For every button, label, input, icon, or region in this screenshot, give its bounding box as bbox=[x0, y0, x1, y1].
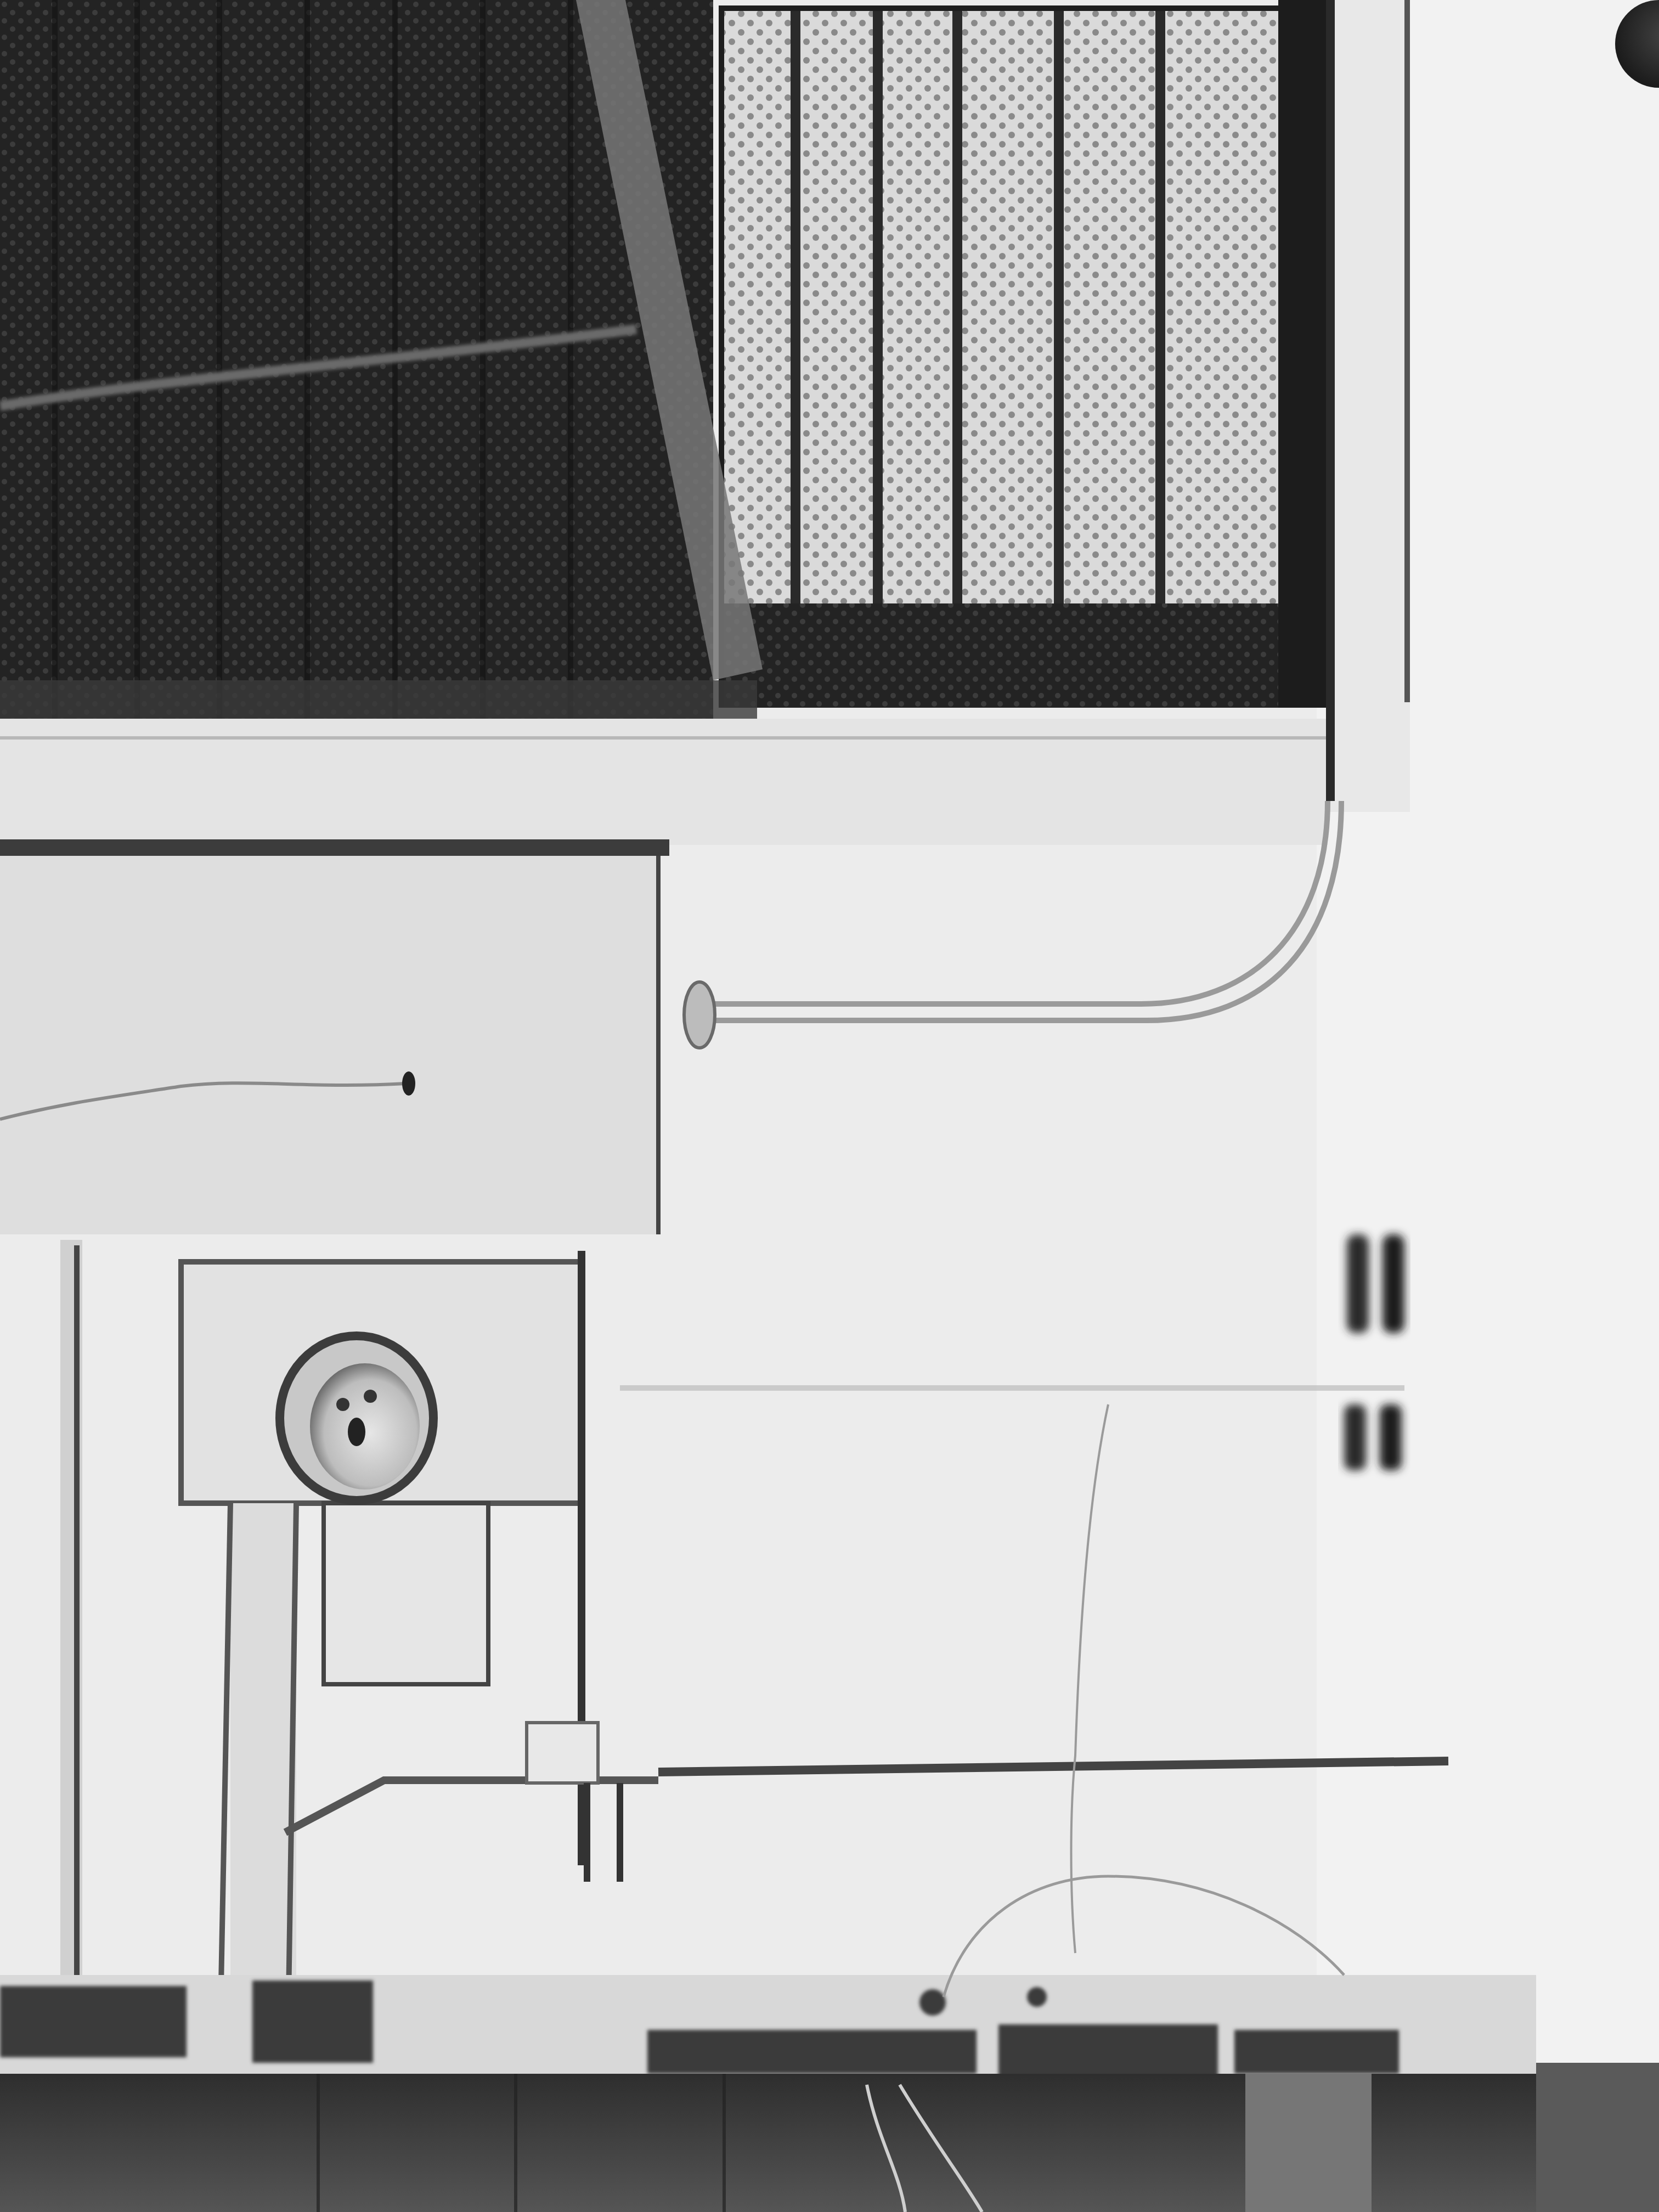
panel-box bbox=[0, 839, 669, 1234]
window-screen bbox=[719, 0, 1328, 708]
electric-meter bbox=[280, 1336, 433, 1500]
photo-scene bbox=[0, 0, 1659, 2212]
peeling-baseboard bbox=[0, 1975, 1536, 2085]
floor bbox=[0, 2074, 1659, 2212]
